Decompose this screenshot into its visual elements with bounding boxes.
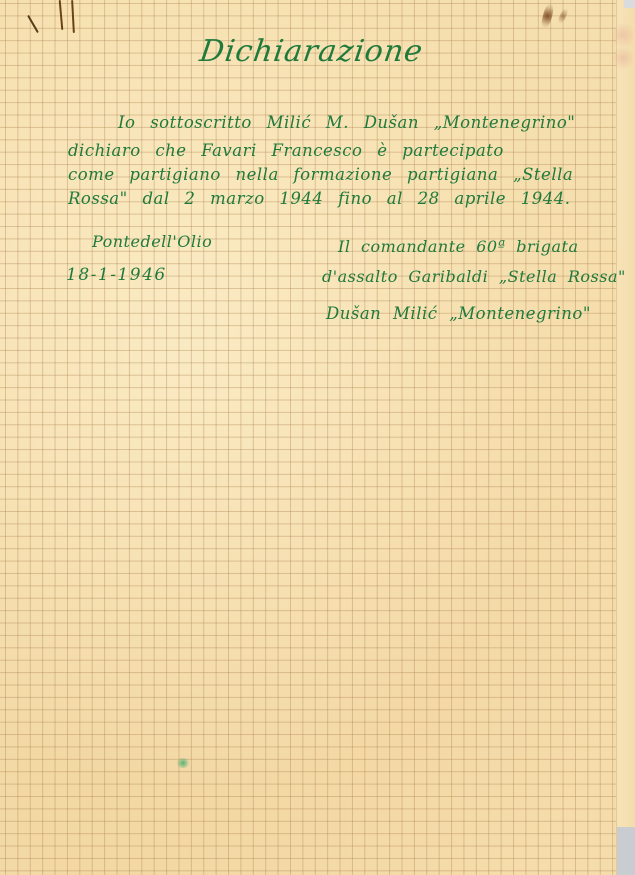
scan-background-top-corner — [624, 0, 635, 8]
paper-stain — [612, 45, 634, 71]
paper-sheet: Dichiarazione Io sottoscritto Milić M. D… — [0, 0, 635, 875]
signature-name: Dušan Milić „Montenegrino" — [326, 304, 591, 323]
signature-line-2: d'assalto Garibaldi „Stella Rossa" — [322, 267, 626, 286]
signature-line-1: Il comandante 60ª brigata — [338, 237, 579, 256]
place-of-writing: Pontedell'Olio — [92, 232, 212, 251]
body-line-3: come partigiano nella formazione partigi… — [68, 165, 573, 184]
body-line-4: Rossa" dal 2 marzo 1944 fino al 28 april… — [68, 189, 570, 208]
document-title: Dichiarazione — [198, 34, 426, 69]
body-line-2: dichiaro che Favari Francesco è partecip… — [68, 141, 504, 160]
document-date: 18-1-1946 — [66, 265, 167, 285]
body-line-1: Io sottoscritto Milić M. Dušan „Monteneg… — [118, 113, 575, 132]
page-margin-strip — [616, 0, 635, 875]
ink-smudge — [176, 758, 190, 768]
scan-background-corner — [617, 827, 635, 875]
